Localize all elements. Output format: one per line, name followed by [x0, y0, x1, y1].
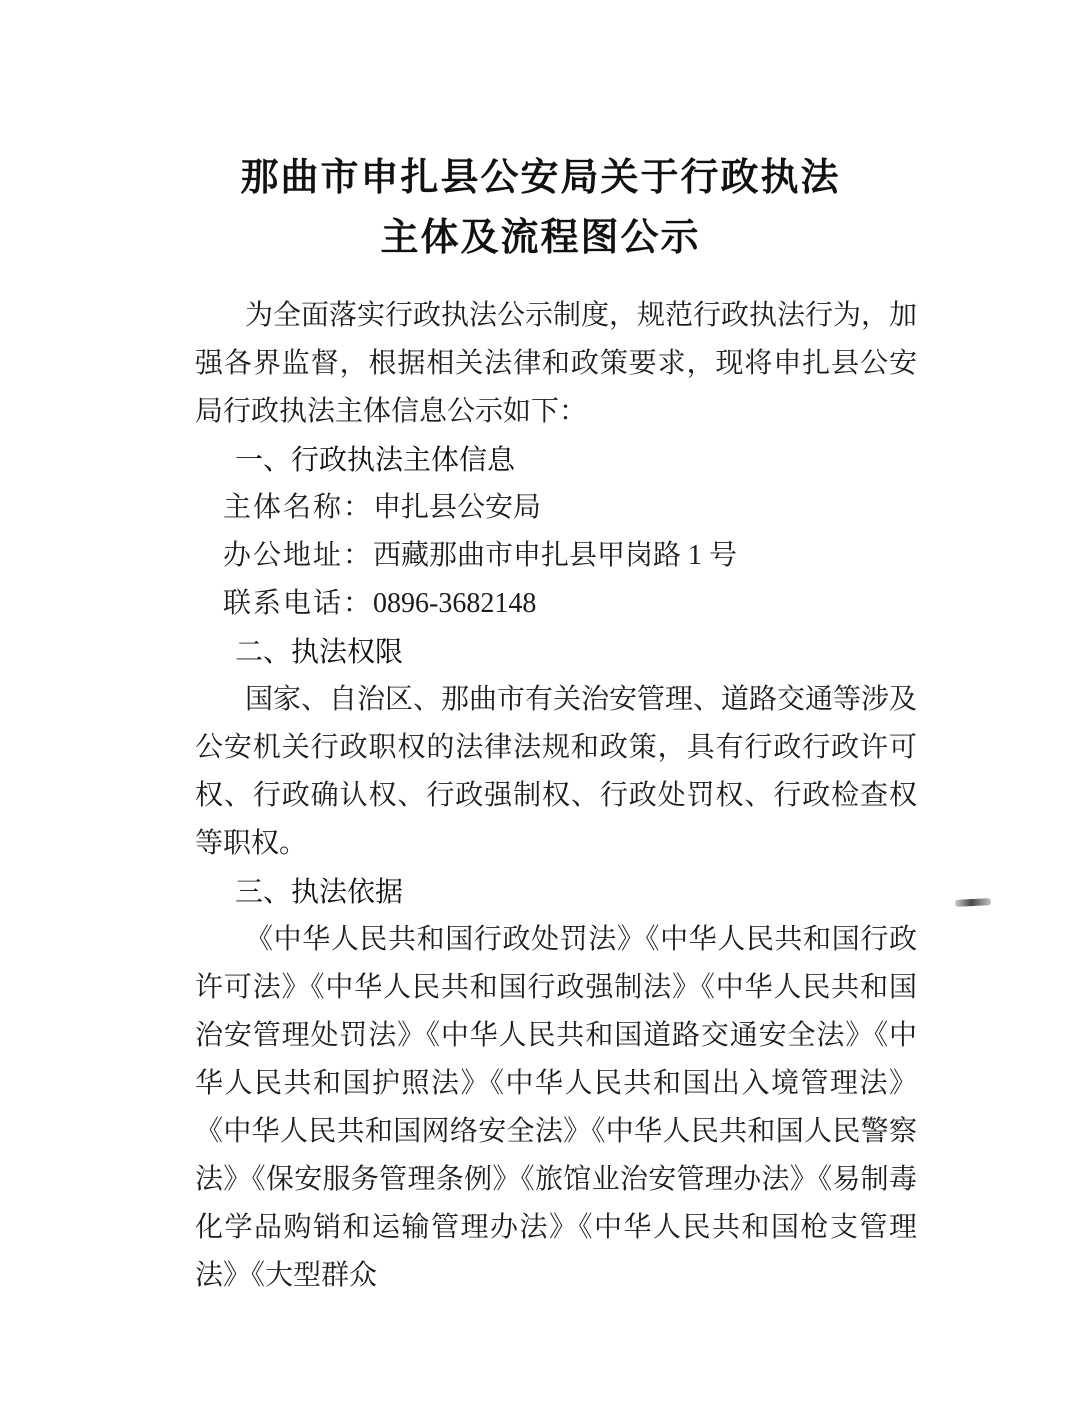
contact-phone-value: 0896-3682148	[373, 588, 536, 619]
subject-name-value: 申扎县公安局	[373, 492, 541, 523]
scan-smudge-artifact	[955, 898, 991, 907]
title-line-1: 那曲市申扎县公安局关于行政执法	[0, 148, 1081, 208]
section-3-heading: 三、执法依据	[195, 868, 917, 916]
subject-name-line: 主体名称：申扎县公安局	[195, 484, 917, 532]
contact-phone-line: 联系电话：0896-3682148	[195, 580, 917, 628]
office-address-value: 西藏那曲市申扎县甲岗路 1 号	[373, 540, 737, 571]
contact-phone-label: 联系电话：	[223, 588, 373, 619]
office-address-line: 办公地址：西藏那曲市申扎县甲岗路 1 号	[195, 532, 917, 580]
section-1-heading: 一、行政执法主体信息	[195, 436, 917, 484]
subject-name-label: 主体名称：	[223, 492, 373, 523]
intro-paragraph: 为全面落实行政执法公示制度，规范行政执法行为，加强各界监督，根据相关法律和政策要…	[195, 292, 917, 436]
title-line-2: 主体及流程图公示	[0, 208, 1081, 268]
section-3-paragraph: 《中华人民共和国行政处罚法》《中华人民共和国行政许可法》《中华人民共和国行政强制…	[195, 916, 917, 1300]
document-body: 为全面落实行政执法公示制度，规范行政执法行为，加强各界监督，根据相关法律和政策要…	[195, 292, 917, 1300]
section-2-heading: 二、执法权限	[195, 628, 917, 676]
section-2-paragraph: 国家、自治区、那曲市有关治安管理、道路交通等涉及公安机关行政职权的法律法规和政策…	[195, 676, 917, 868]
document-title: 那曲市申扎县公安局关于行政执法 主体及流程图公示	[0, 148, 1081, 268]
office-address-label: 办公地址：	[223, 540, 373, 571]
document-page: 那曲市申扎县公安局关于行政执法 主体及流程图公示 为全面落实行政执法公示制度，规…	[0, 0, 1081, 1425]
